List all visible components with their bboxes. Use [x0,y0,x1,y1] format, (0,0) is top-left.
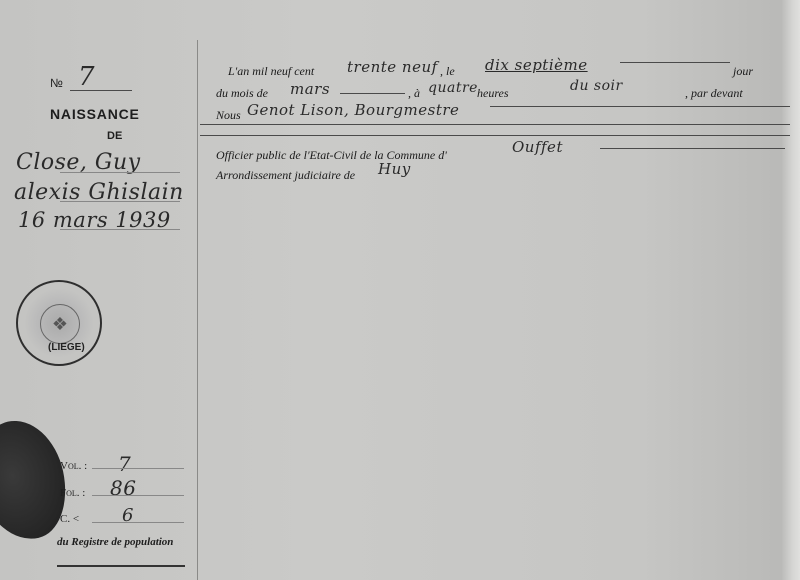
rule [70,90,132,91]
text-line2-p2: , à [408,86,420,101]
register-footer: du Registre de population [57,536,173,548]
hw-officer: Genot Lison, Bourgmestre [247,101,459,119]
rule [200,135,790,136]
text-line3-p1: Nous [216,108,241,123]
rule [620,62,730,63]
document-page: № 7 NAISSANCE DE Close, Guy alexis Ghisl… [0,0,800,580]
text-line1-p1: L'an mil neuf cent [228,64,314,79]
rule [340,93,405,94]
rule [600,148,785,149]
c-label: C. < [60,513,79,525]
hw-commune: Ouffet [512,138,563,156]
text-line1-p3: jour [733,64,753,79]
official-stamp-icon: ❖ (LIEGE) [16,280,102,366]
text-line2-p1: du mois de [216,86,268,101]
hw-arrondissement: Huy [378,160,411,178]
rule [490,106,790,107]
rule [92,495,184,496]
hw-day: dix septième [485,56,588,74]
record-number-label: № [50,76,63,90]
record-number-value: 7 [78,62,95,92]
fol-label: Fol. : [60,487,85,499]
rule [200,124,790,125]
record-heading-de: DE [107,130,122,142]
rule [92,522,184,523]
vol-label: Vol. : [60,460,87,472]
hw-year: trente neuf [347,58,438,76]
rule [57,565,185,567]
hw-hour: quatre [428,80,478,96]
text-line1-p2: , le [440,64,455,79]
vol-value: 7 [118,452,131,476]
lion-emblem-icon: ❖ [40,304,80,344]
text-line5-p1: Arrondissement judiciaire de [216,168,355,183]
text-line4-p1: Officier public de l'Etat-Civil de la Co… [216,148,447,163]
thumb-occlusion [0,413,76,548]
rule [60,229,180,230]
fol-value: 86 [110,476,136,500]
column-divider [197,40,198,580]
page-edge [782,0,800,580]
hw-month: mars [290,80,330,98]
rule [60,172,180,173]
rule [92,468,184,469]
rule [60,201,180,202]
text-line2-p3: heures [477,86,509,101]
hw-time-of-day: du soir [570,78,623,94]
stamp-text: (LIEGE) [48,342,85,353]
record-heading: NAISSANCE [50,106,140,122]
text-line2-p4: , par devant [685,86,743,101]
